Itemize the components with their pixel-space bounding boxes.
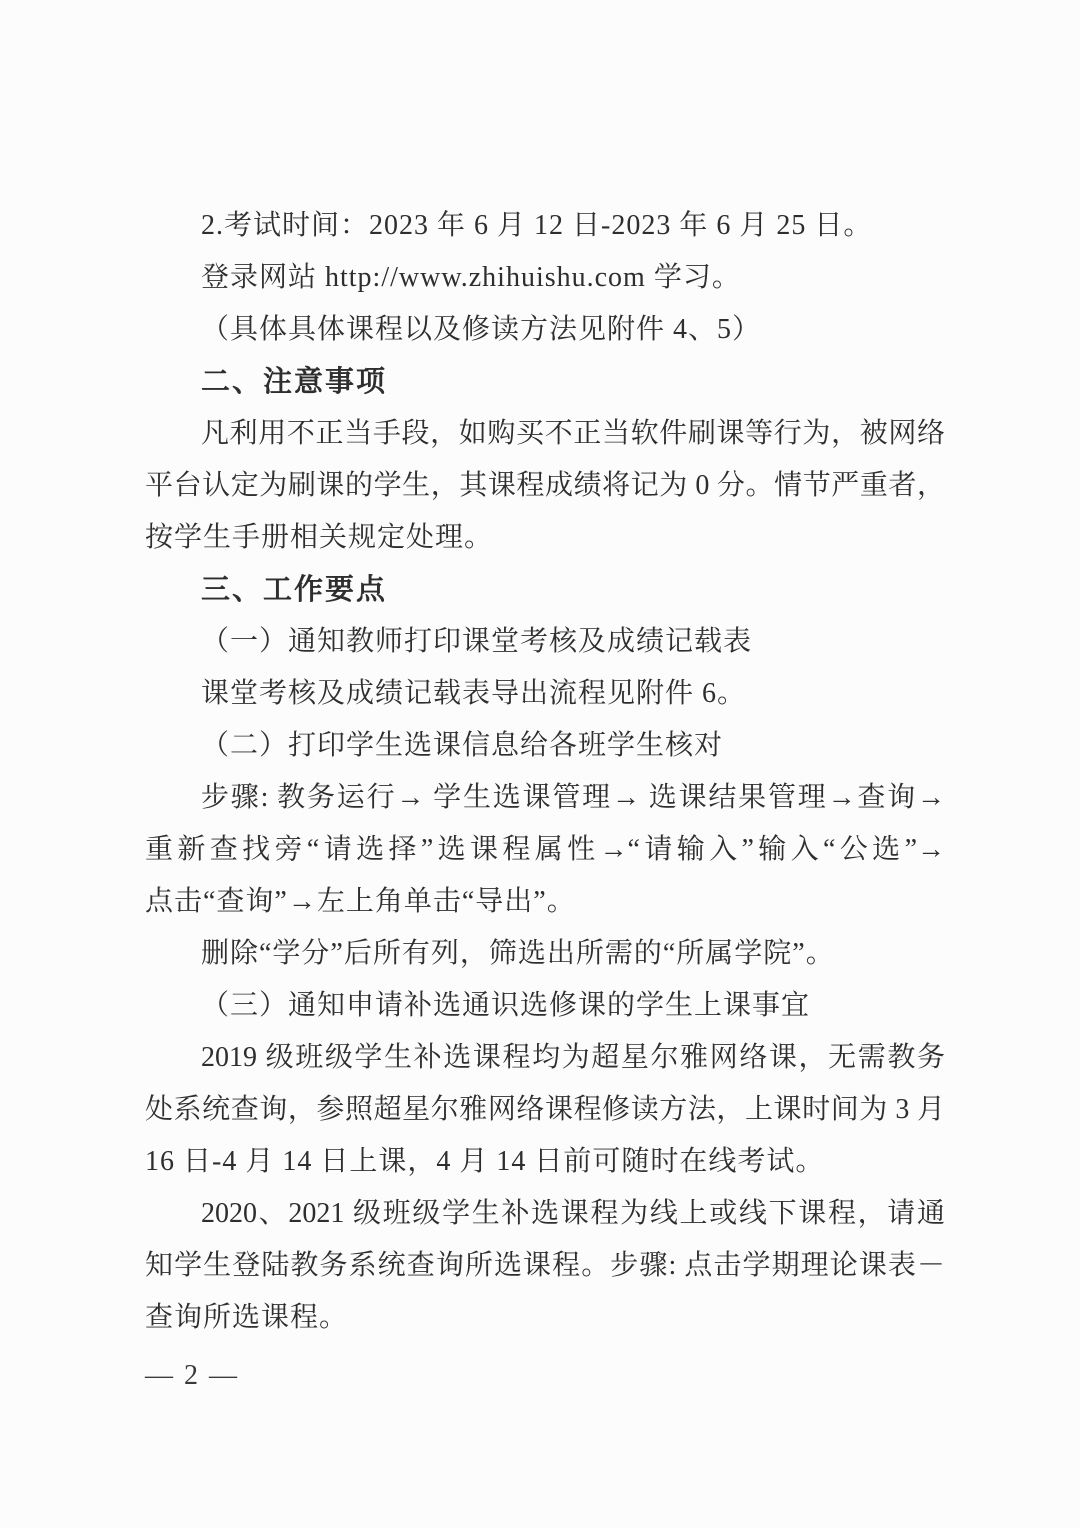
text-line-item-1: （一）通知教师打印课堂考核及成绩记载表 <box>145 616 945 668</box>
text-line: 查询所选课程。 <box>145 1292 945 1344</box>
text-line: 平台认定为刷课的学生，其课程成绩将记为 0 分。情节严重者， <box>145 460 945 512</box>
text-line: 处系统查询，参照超星尔雅网络课程修读方法，上课时间为 3 月 <box>145 1084 945 1136</box>
document-page: 2.考试时间：2023 年 6 月 12 日-2023 年 6 月 25 日。 … <box>0 0 1080 1528</box>
text-line: 删除“学分”后所有列，筛选出所需的“所属学院”。 <box>145 928 945 980</box>
section-heading-notes: 二、注意事项 <box>145 356 945 408</box>
text-line: 按学生手册相关规定处理。 <box>145 512 945 564</box>
text-line: 凡利用不正当手段，如购买不正当软件刷课等行为，被网络 <box>145 408 945 460</box>
text-line-item-3: （三）通知申请补选通识选修课的学生上课事宜 <box>145 980 945 1032</box>
text-line: 课堂考核及成绩记载表导出流程见附件 6。 <box>145 668 945 720</box>
text-line-attachment-note: （具体具体课程以及修读方法见附件 4、5） <box>145 304 945 356</box>
text-line: 2020、2021 级班级学生补选课程为线上或线下课程，请通 <box>145 1188 945 1240</box>
text-line-exam-time: 2.考试时间：2023 年 6 月 12 日-2023 年 6 月 25 日。 <box>145 200 945 252</box>
text-line: 重新查找旁“请选择”选课程属性→“请输入”输入“公选”→ <box>145 824 945 876</box>
section-heading-work-points: 三、工作要点 <box>145 564 945 616</box>
text-line: 16 日-4 月 14 日上课，4 月 14 日前可随时在线考试。 <box>145 1136 945 1188</box>
page-number: — 2 — <box>145 1356 945 1396</box>
text-line-steps: 步骤: 教务运行→ 学生选课管理→ 选课结果管理→查询→ <box>145 772 945 824</box>
text-line: 知学生登陆教务系统查询所选课程。步骤: 点击学期理论课表－ <box>145 1240 945 1292</box>
text-line: 点击“查询”→左上角单击“导出”。 <box>145 876 945 928</box>
text-line: 2019 级班级学生补选课程均为超星尔雅网络课，无需教务 <box>145 1032 945 1084</box>
document-body: 2.考试时间：2023 年 6 月 12 日-2023 年 6 月 25 日。 … <box>145 200 945 1396</box>
text-line-website: 登录网站 http://www.zhihuishu.com 学习。 <box>145 252 945 304</box>
text-line-item-2: （二）打印学生选课信息给各班学生核对 <box>145 720 945 772</box>
